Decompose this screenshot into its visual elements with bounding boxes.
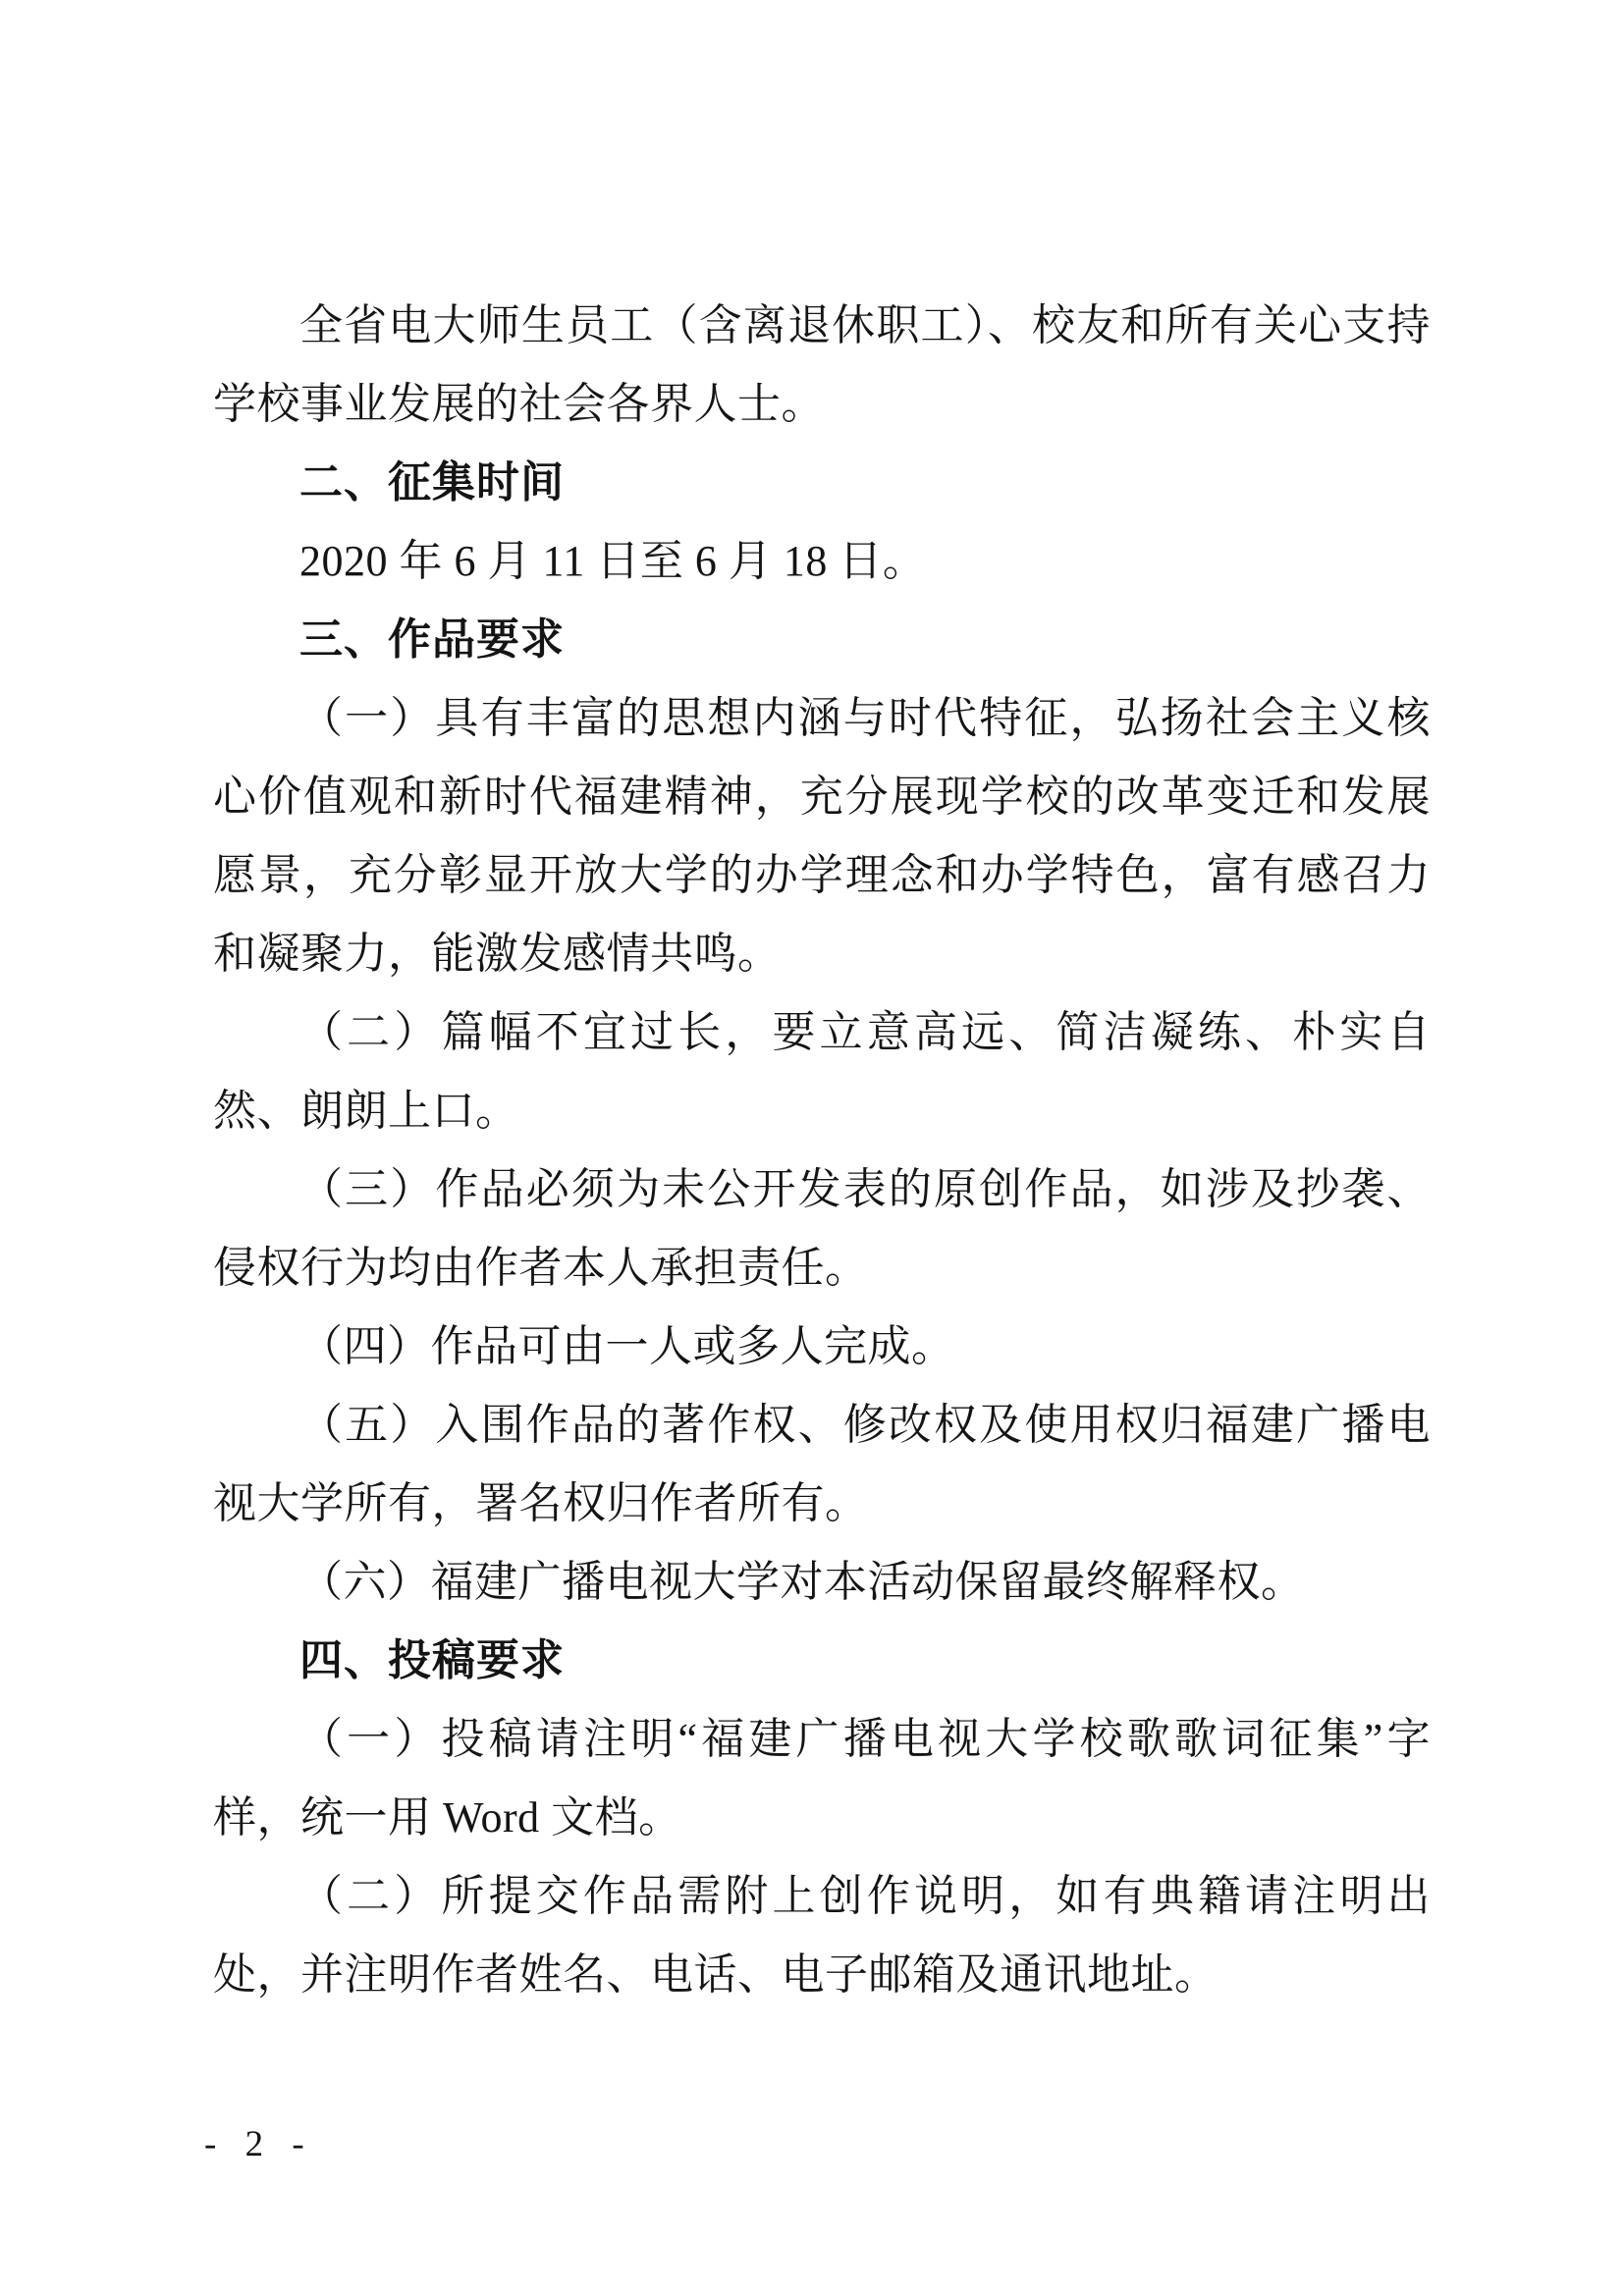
section-heading: 四、投稿要求 [213, 1622, 1431, 1700]
body-paragraph: 全省电大师生员工（含离退休职工）、校友和所有关心支持学校事业发展的社会各界人士。 [213, 287, 1431, 444]
body-paragraph: （六）福建广播电视大学对本活动保留最终解释权。 [213, 1543, 1431, 1622]
body-paragraph: 2020 年 6 月 11 日至 6 月 18 日。 [213, 522, 1431, 601]
body-paragraph: （二）所提交作品需附上创作说明，如有典籍请注明出处，并注明作者姓名、电话、电子邮… [213, 1857, 1431, 2014]
body-paragraph: （二）篇幅不宜过长，要立意高远、简洁凝练、朴实自然、朗朗上口。 [213, 993, 1431, 1150]
document-body: 全省电大师生员工（含离退休职工）、校友和所有关心支持学校事业发展的社会各界人士。… [213, 287, 1431, 2014]
body-paragraph: （一）具有丰富的思想内涵与时代特征，弘扬社会主义核心价值观和新时代福建精神，充分… [213, 679, 1431, 993]
body-paragraph: （一）投稿请注明“福建广播电视大学校歌歌词征集”字样，统一用 Word 文档。 [213, 1700, 1431, 1857]
body-paragraph: （四）作品可由一人或多人完成。 [213, 1308, 1431, 1386]
section-heading: 二、征集时间 [213, 444, 1431, 522]
section-heading: 三、作品要求 [213, 601, 1431, 679]
page-number: - 2 - [204, 2123, 314, 2166]
document-page: 全省电大师生员工（含离退休职工）、校友和所有关心支持学校事业发展的社会各界人士。… [0, 0, 1624, 2296]
body-paragraph: （五）入围作品的著作权、修改权及使用权归福建广播电视大学所有，署名权归作者所有。 [213, 1386, 1431, 1543]
body-paragraph: （三）作品必须为未公开发表的原创作品，如涉及抄袭、侵权行为均由作者本人承担责任。 [213, 1150, 1431, 1308]
